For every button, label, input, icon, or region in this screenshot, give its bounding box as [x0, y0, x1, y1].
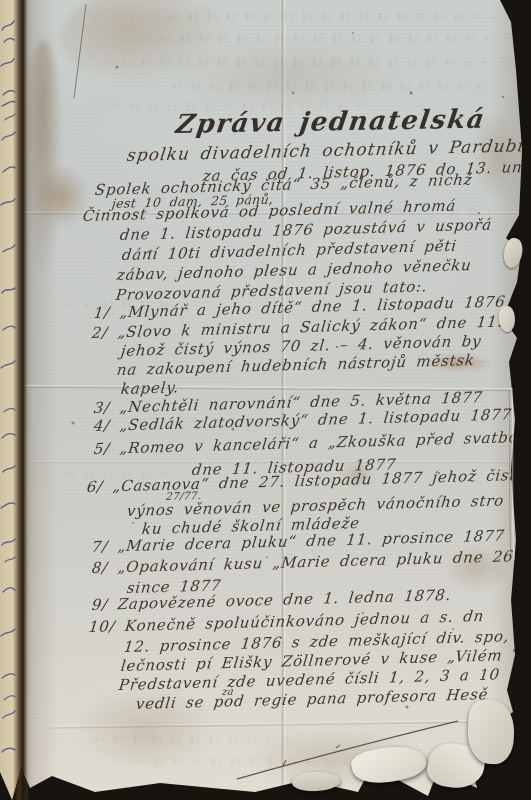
torn-paper-flap — [467, 699, 515, 765]
manuscript-line: kapely. — [120, 378, 180, 398]
insertion-superscript: za — [221, 687, 234, 698]
bleed-through-texture — [118, 34, 508, 43]
report-title: Zpráva jednatelská — [174, 105, 488, 140]
bleed-through-texture — [98, 58, 508, 67]
bleed-through-texture — [148, 82, 498, 91]
bleed-through-texture — [88, 12, 508, 21]
manuscript-page: Zpráva jednatelská spolku divadelních oc… — [0, 0, 531, 800]
scanned-manuscript-photo: Zpráva jednatelská spolku divadelních oc… — [0, 0, 531, 800]
bleed-through-texture — [90, 735, 300, 744]
torn-paper-flap — [291, 770, 340, 792]
